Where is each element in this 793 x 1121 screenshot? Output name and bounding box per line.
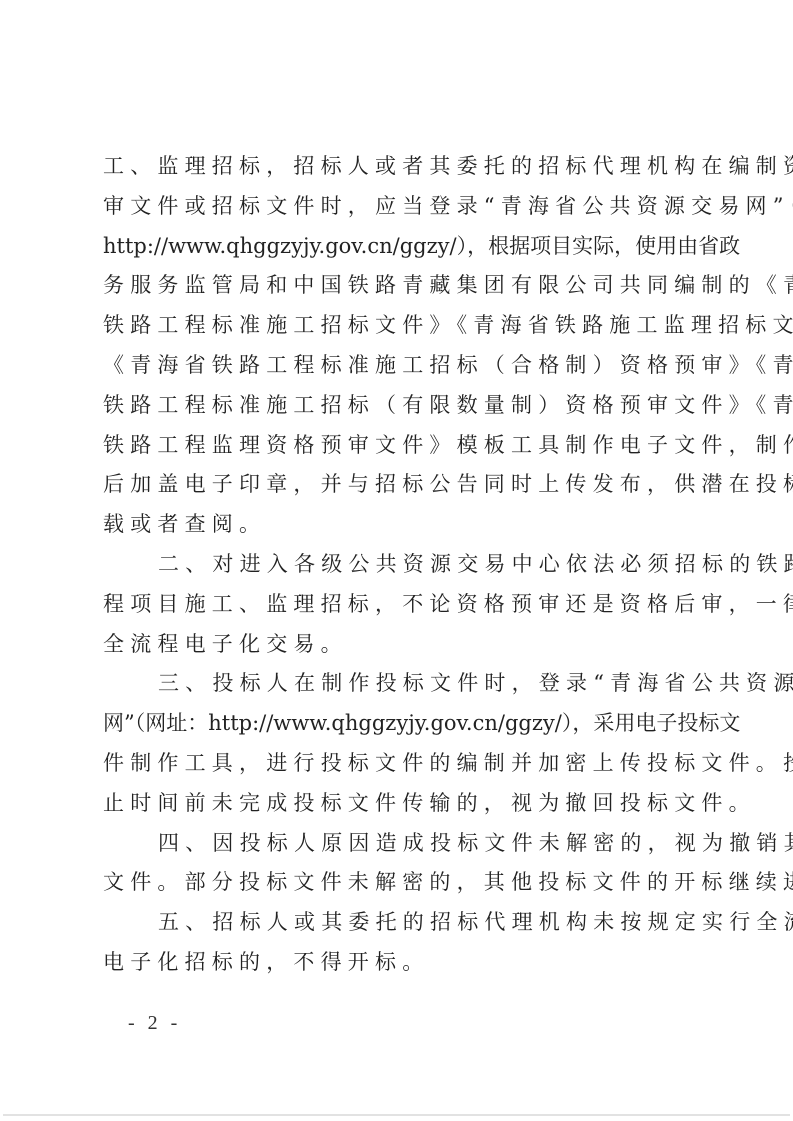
paragraph-3-start: 三、投标人在制作投标文件时，登录“青海省公共资源交易 xyxy=(103,664,693,704)
text-line: 后加盖电子印章，并与招标公告同时上传发布，供潜在投标人下 xyxy=(103,465,693,505)
document-page: 工、监理招标，招标人或者其委托的招标代理机构在编制资格预 审文件或招标文件时，应… xyxy=(0,0,793,1121)
paragraph-5-start: 五、招标人或其委托的招标代理机构未按规定实行全流程 xyxy=(103,903,693,943)
document-body: 工、监理招标，招标人或者其委托的招标代理机构在编制资格预 审文件或招标文件时，应… xyxy=(103,147,693,983)
text-line: 件制作工具，进行投标文件的编制并加密上传投标文件。投标截 xyxy=(103,744,693,784)
text-line: 文件。部分投标文件未解密的，其他投标文件的开标继续进行。 xyxy=(103,863,693,903)
text-line: 铁路工程标准施工招标（有限数量制）资格预审文件》《青海省 xyxy=(103,386,693,426)
paragraph-2-start: 二、对进入各级公共资源交易中心依法必须招标的铁路工 xyxy=(103,545,693,585)
text-line: 工、监理招标，招标人或者其委托的招标代理机构在编制资格预 xyxy=(103,147,693,187)
text-line: 载或者查阅。 xyxy=(103,505,693,545)
page-number: - 2 - xyxy=(128,1012,181,1035)
text-line-url: http://www.qhggzyjy.gov.cn/ggzy/），根据项目实际… xyxy=(103,227,693,267)
text-line: 止时间前未完成投标文件传输的，视为撤回投标文件。 xyxy=(103,784,693,824)
text-line-url: 网”（网址：http://www.qhggzyjy.gov.cn/ggzy/），… xyxy=(103,704,693,744)
text-line: 务服务监管局和中国铁路青藏集团有限公司共同编制的《青海省 xyxy=(103,266,693,306)
page-bottom-edge xyxy=(3,1114,790,1116)
paragraph-4-start: 四、因投标人原因造成投标文件未解密的，视为撤销其投标 xyxy=(103,824,693,864)
text-line: 全流程电子化交易。 xyxy=(103,625,693,665)
text-line: 《青海省铁路工程标准施工招标（合格制）资格预审》《青海省 xyxy=(103,346,693,386)
text-line: 电子化招标的，不得开标。 xyxy=(103,943,693,983)
text-line: 程项目施工、监理招标，不论资格预审还是资格后审，一律实行 xyxy=(103,585,693,625)
text-line: 审文件或招标文件时，应当登录“青海省公共资源交易网”（网址： xyxy=(103,187,693,227)
text-line: 铁路工程标准施工招标文件》《青海省铁路施工监理招标文件》 xyxy=(103,306,693,346)
text-line: 铁路工程监理资格预审文件》模板工具制作电子文件，制作完成 xyxy=(103,426,693,466)
